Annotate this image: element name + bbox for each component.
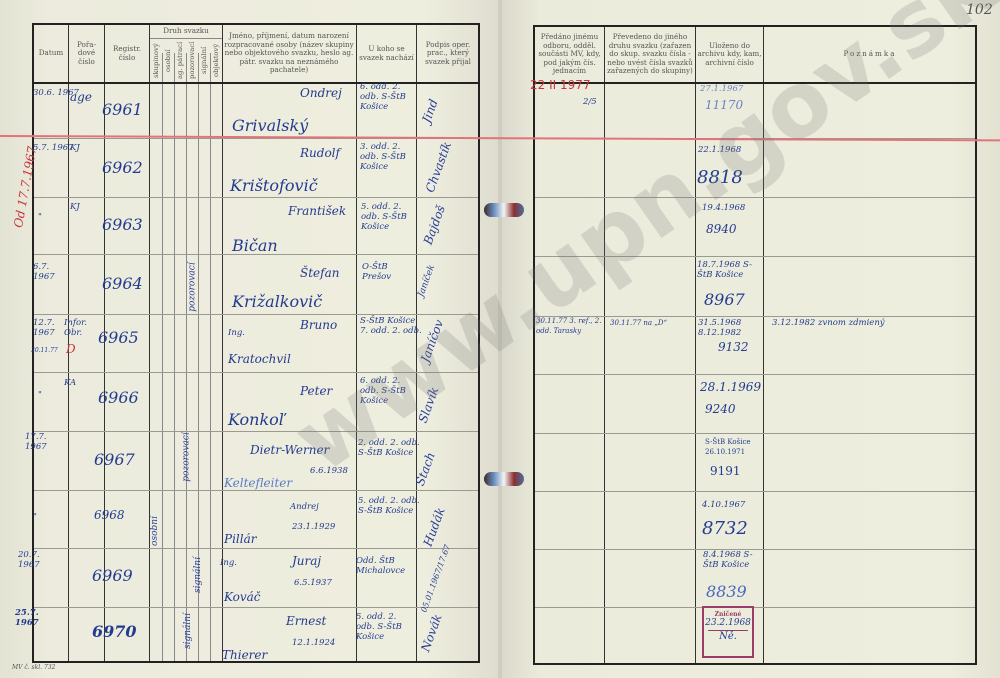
row5-poznamka: 3.12.1982 zvnom zdmiený [772, 318, 885, 328]
row7-druh: pozorovací [182, 432, 192, 481]
row4-first-name: Štefan [300, 266, 339, 280]
row7-ulozeno-num: 9191 [710, 464, 741, 478]
row2-first-name: Rudolf [300, 146, 340, 160]
row5-ulozeno-num: 9132 [718, 340, 749, 354]
row9-datum: 20.7. 1967 [18, 550, 46, 570]
row5-registr: 6965 [98, 328, 139, 347]
row10-dob: 12.1.1924 [292, 638, 335, 648]
binding-string-top [484, 203, 524, 217]
row9-first-name: Juraj [292, 554, 321, 568]
row7-datum: 17.7. 1967 [25, 432, 53, 452]
row10-druh: signální [183, 613, 193, 649]
row3-datum: " [38, 212, 42, 222]
header-druh-pozorovaci: pozorovací [186, 39, 198, 82]
row5-datum-sub: 30.11.77 [31, 346, 58, 356]
header-predano: Předáno jinému odboru, odděl. součásti M… [535, 27, 604, 82]
row7-last-name: Keltefleiter [224, 476, 292, 490]
row9-dob: 6.5.1937 [294, 578, 332, 588]
header-u-koho: U koho se svazek nachází [357, 25, 416, 82]
row7-ulozeno-date: S-ŠtB Košice 26.10.1971 [705, 437, 765, 457]
row2-registr: 6962 [102, 158, 143, 177]
row9-title: Ing. [220, 558, 237, 568]
stamp-date: 23.2.1968 [704, 618, 752, 628]
header-registr-cislo: Registr. číslo [105, 25, 149, 82]
row8-druh: osobní [150, 516, 160, 546]
row9-u-koho: Odd. ŠtB Michalovce [356, 556, 416, 576]
row10-first-name: Ernest [286, 614, 326, 628]
header-prevedeno: Převedeno do jiného druhu svazku (zařaze… [605, 27, 695, 82]
form-footer: MV č. skl. 732 [12, 664, 55, 671]
row1-predano: 22 II 1977 [530, 78, 591, 92]
row9-last-name: Kováč [224, 590, 261, 604]
row5-ulozeno-date: 31.5.1968 8.12.1982 [698, 318, 758, 338]
row8-last-name: Pillár [224, 532, 256, 546]
row5-last-name: Kratochvil [228, 352, 291, 366]
row4-last-name: Križalkovič [232, 292, 322, 311]
binding-string-bottom [484, 472, 524, 486]
row8-datum: " [33, 512, 37, 522]
header-druh-ag-patraci: ag. pátrací [174, 39, 186, 82]
row6-ulozeno-date: 28.1.1969 [700, 380, 761, 394]
row8-first-name: Andrej [290, 502, 319, 512]
row4-u-koho: O-ŠtB Prešov [362, 262, 412, 282]
row4-datum: 6.7. 1967 [33, 262, 61, 282]
row7-registr: 6967 [94, 450, 135, 469]
row1-predano-sub: 2/5 [583, 97, 597, 107]
row9-ulozeno-date: 8.4.1968 S-ŠtB Košice [703, 550, 767, 570]
header-druh-objektovy: objektový [210, 39, 222, 82]
row4-ulozeno-date: 18.7.1968 S-ŠtB Košice [697, 260, 761, 280]
row10-u-koho: 5. odd. 2. odb. S-ŠtB Košice [356, 612, 416, 642]
row1-last-name: Grivalský [232, 116, 308, 135]
row3-registr: 6963 [102, 215, 143, 234]
row1-poradove: age [70, 90, 92, 104]
row5-prevedeno: 30.11.77 na „D“ [610, 318, 667, 328]
row3-first-name: František [288, 204, 346, 218]
row5-first-name: Bruno [300, 318, 337, 332]
row3-u-koho: 5. odd. 2. odb. S-ŠtB Košice [361, 202, 421, 232]
destroyed-stamp: Zničené 23.2.1968 Ně. [702, 606, 754, 658]
header-druh-svazku: Druh svazku [150, 25, 222, 38]
row5-poradove-sub: D [66, 342, 76, 356]
row2-poradove: KJ [70, 143, 80, 153]
row2-u-koho: 3. odd. 2. odb. S-ŠtB Košice [360, 142, 420, 172]
header-druh-signalni: signální [198, 39, 210, 82]
row2-last-name: Krištofovič [230, 176, 318, 195]
row8-ulozeno-date: 4.10.1967 [702, 500, 745, 510]
row8-ulozeno-num: 8732 [702, 518, 748, 539]
row4-druh: pozorovací [188, 262, 198, 311]
header-poradove-cislo: Pořa-dové číslo [69, 25, 104, 82]
row6-datum: " [38, 390, 42, 400]
row4-ulozeno-num: 8967 [704, 290, 745, 309]
row3-last-name: Bičan [232, 236, 278, 255]
row8-registr: 6968 [94, 508, 125, 522]
header-podpis: Podpis oper. prac., který svazek přijal [417, 25, 479, 82]
row8-u-koho: 5. odd. 2. odb. S-ŠtB Košice [358, 496, 420, 516]
row1-first-name: Ondrej [300, 86, 342, 100]
stamp-title: Zničené [704, 611, 752, 618]
row5-datum: 12.7. 1967 [33, 318, 61, 338]
row6-registr: 6966 [98, 388, 139, 407]
header-jmeno: Jméno, příjmení, datum narození rozpraco… [224, 25, 354, 82]
row9-registr: 6969 [92, 566, 133, 585]
row1-registr: 6961 [102, 100, 143, 119]
row10-registr: 6970 [92, 622, 137, 641]
header-druh-osobni: osobní [162, 39, 174, 82]
row3-poradove: KJ [70, 202, 80, 212]
row9-ulozeno-num: 8839 [706, 582, 747, 601]
row10-datum: 25.7. 1967 [15, 608, 45, 628]
row1-u-koho: 6. odd. 2. odb. S-ŠtB Košice [360, 82, 420, 112]
row10-last-name: Thierer [222, 648, 267, 662]
row6-ulozeno-num: 9240 [705, 402, 736, 416]
row8-dob: 23.1.1929 [292, 522, 335, 532]
row5-poradove: Infor. Obr. [64, 318, 94, 338]
row6-last-name: Konkoľ [228, 410, 285, 429]
header-druh-skupinovy: skupinový [150, 39, 162, 82]
row5-title: Ing. [228, 328, 245, 338]
row4-registr: 6964 [102, 274, 143, 293]
header-datum: Datum [34, 25, 68, 82]
row9-druh: signální [193, 557, 203, 593]
stamp-signature: Ně. [708, 630, 748, 642]
row6-poradove: KA [64, 378, 76, 388]
